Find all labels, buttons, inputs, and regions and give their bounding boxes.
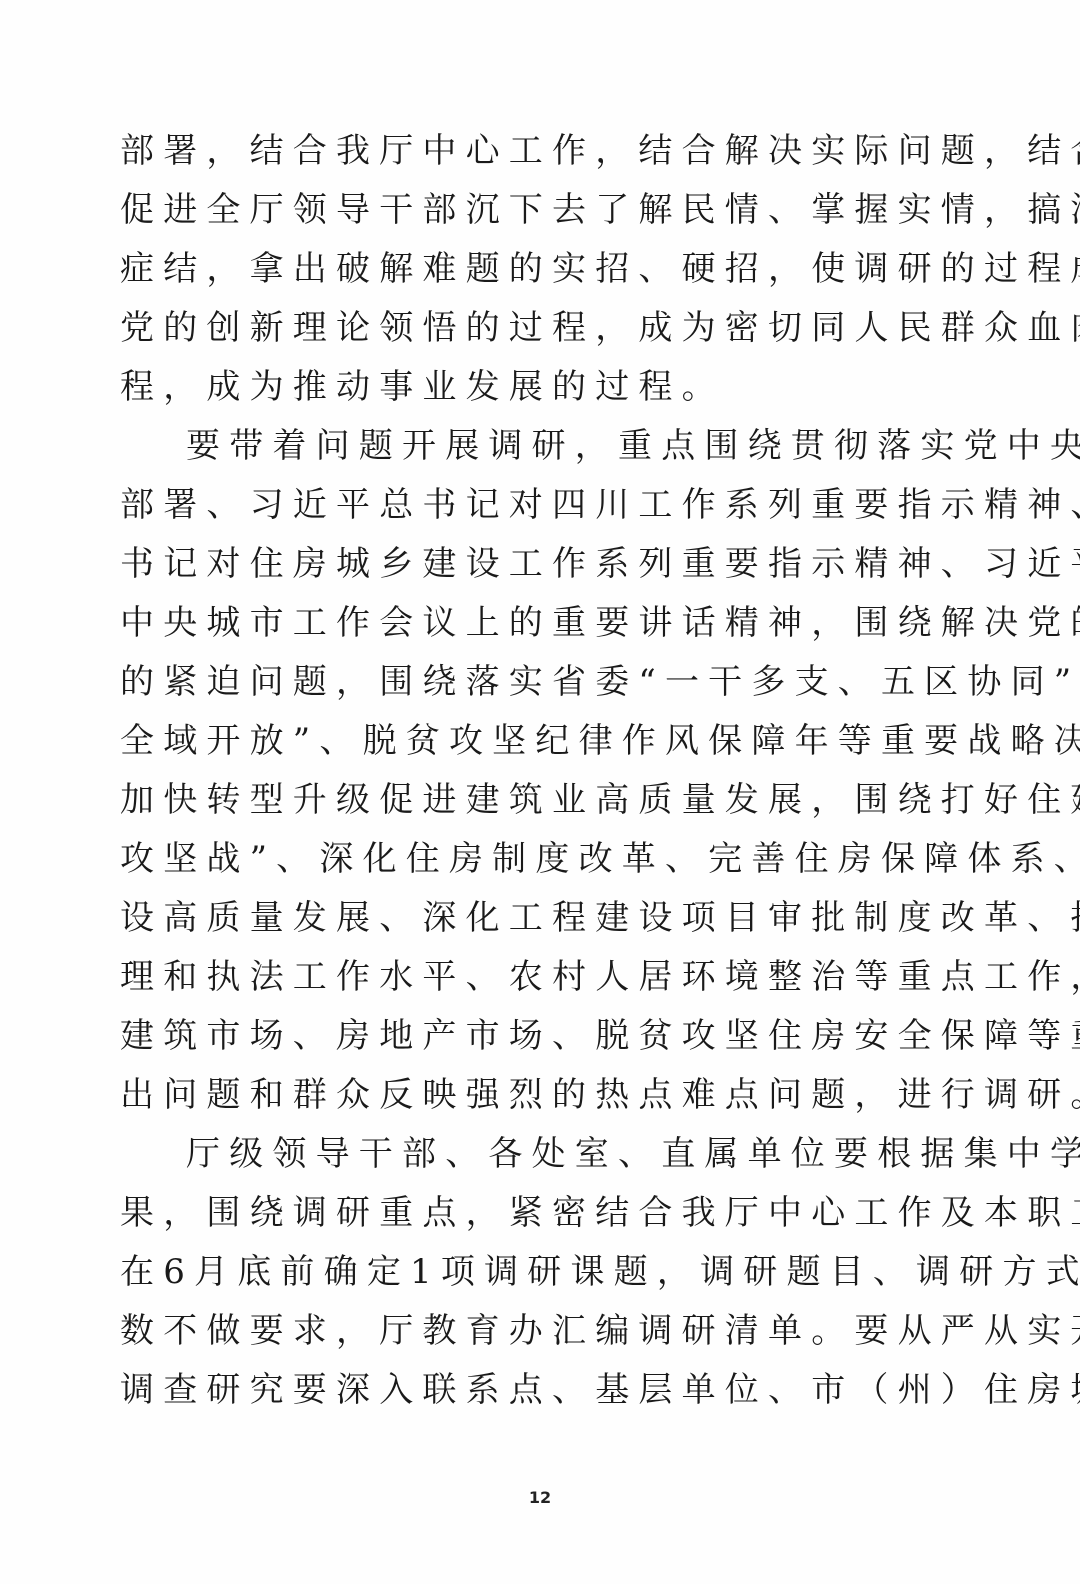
text-line: 中央城市工作会议上的重要讲话精神，围绕解决党的建设面临 — [120, 594, 992, 653]
text-line: 出问题和群众反映强烈的热点难点问题，进行调研。 — [120, 1066, 992, 1125]
paragraph-1: 部署，结合我厅中心工作，结合解决实际问题，结合征求意见， 促进全厅领导干部沉下去… — [120, 122, 992, 417]
text-line: 在6月底前确定1项调研课题，调研题目、调研方式、篇幅字 — [120, 1243, 992, 1302]
text-line: 的紧迫问题，围绕落实省委“一干多支、五区协同”“四向拓展、 — [120, 653, 992, 712]
document-page: 部署，结合我厅中心工作，结合解决实际问题，结合征求意见， 促进全厅领导干部沉下去… — [0, 0, 1080, 1584]
text-line: 攻坚战”、深化住房制度改革、完善住房保障体系、推进城镇建 — [120, 830, 992, 889]
text-line: 厅级领导干部、各处室、直属单位要根据集中学习理论成 — [120, 1125, 992, 1184]
text-line: 书记对住房城乡建设工作系列重要指示精神、习近平总书记在 — [120, 535, 992, 594]
text-line: 建筑市场、房地产市场、脱贫攻坚住房安全保障等重点领域突 — [120, 1007, 992, 1066]
text-line: 设高质量发展、深化工程建设项目审批制度改革、提升城市管 — [120, 889, 992, 948]
text-line: 促进全厅领导干部沉下去了解民情、掌握实情，搞清楚问题、 — [120, 181, 992, 240]
paragraph-2: 要带着问题开展调研，重点围绕贯彻落实党中央重大决策 部署、习近平总书记对四川工作… — [120, 417, 992, 1125]
text-line: 果，围绕调研重点，紧密结合我厅中心工作及本职工作实际， — [120, 1184, 992, 1243]
text-line: 党的创新理论领悟的过程，成为密切同人民群众血肉联系的过 — [120, 299, 992, 358]
paragraph-3: 厅级领导干部、各处室、直属单位要根据集中学习理论成 果，围绕调研重点，紧密结合我… — [120, 1125, 992, 1420]
text-line: 数不做要求，厅教育办汇编调研清单。要从严从实开展调研， — [120, 1302, 992, 1361]
text-line: 要带着问题开展调研，重点围绕贯彻落实党中央重大决策 — [120, 417, 992, 476]
body-text: 部署，结合我厅中心工作，结合解决实际问题，结合征求意见， 促进全厅领导干部沉下去… — [120, 122, 992, 1420]
text-line: 部署，结合我厅中心工作，结合解决实际问题，结合征求意见， — [120, 122, 992, 181]
page-number: 12 — [0, 1488, 1080, 1507]
text-line: 理和执法工作水平、农村人居环境整治等重点工作，围绕解决 — [120, 948, 992, 1007]
text-line: 加快转型升级促进建筑业高质量发展，围绕打好住建领域“三大 — [120, 771, 992, 830]
text-line: 部署、习近平总书记对四川工作系列重要指示精神、习近平总 — [120, 476, 992, 535]
text-line: 程，成为推动事业发展的过程。 — [120, 358, 992, 417]
text-line: 全域开放”、脱贫攻坚纪律作风保障年等重要战略决策部署围绕 — [120, 712, 992, 771]
text-line: 调查研究要深入联系点、基层单位、市（州）住房城乡建设行 — [120, 1361, 992, 1420]
text-line: 症结，拿出破解难题的实招、硬招，使调研的过程成为加深对 — [120, 240, 992, 299]
